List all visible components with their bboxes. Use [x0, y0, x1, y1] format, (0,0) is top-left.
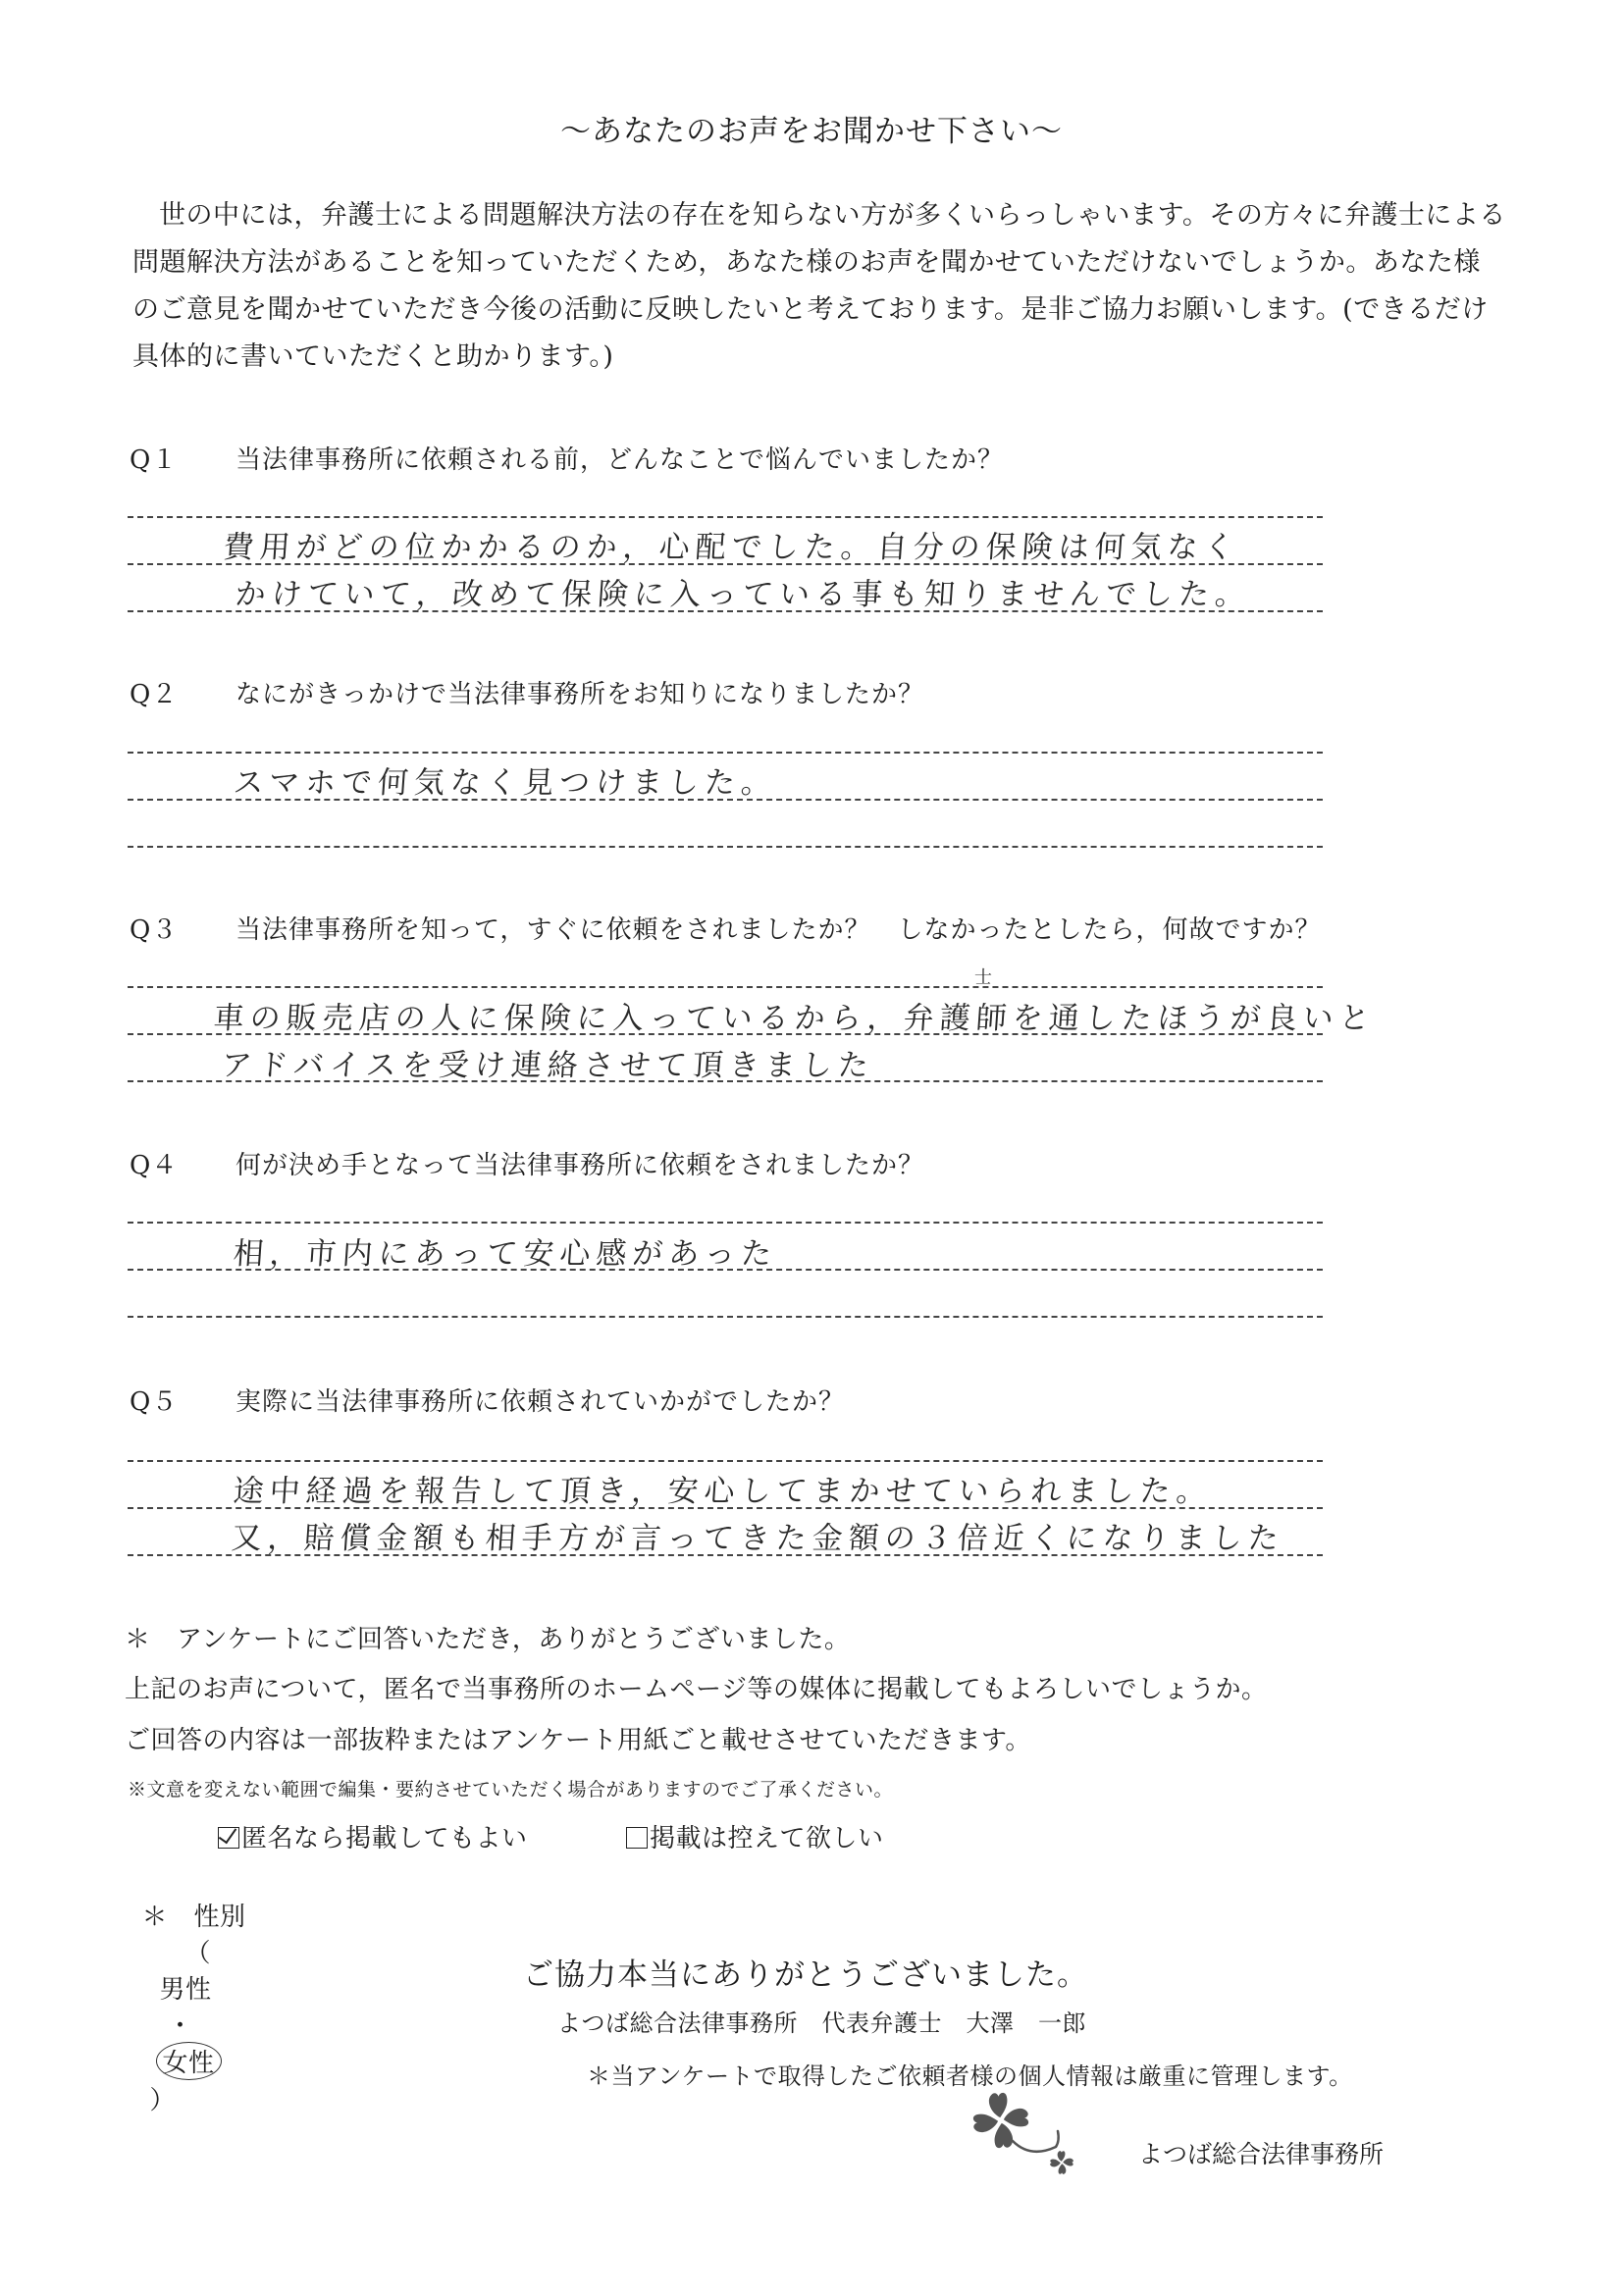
consent-anonymous-label: 匿名なら掲載してもよい: [241, 1824, 528, 1853]
answer-line: [128, 986, 1323, 988]
question-number: Q２: [130, 674, 236, 710]
question-text: 何が決め手となって当法律事務所に依頼をされましたか？: [236, 1151, 924, 1180]
survey-title: ～あなたのお声をお聞かせ下さい～: [0, 106, 1623, 150]
question-text: 実際に当法律事務所に依頼されていかがでしたか？: [236, 1387, 845, 1417]
question-2: Q２なにがきっかけで当法律事務所をお知りになりましたか？: [130, 674, 924, 710]
answer-line: [128, 1460, 1323, 1462]
question-number: Q１: [130, 440, 236, 476]
four-leaf-clover-icon: [962, 2084, 1099, 2182]
question-text: 当法律事務所に依頼される前，どんなことで悩んでいましたか？: [236, 445, 1004, 475]
closing-thanks: ご協力本当にありがとうございました。: [523, 1950, 1088, 1994]
thanks-note: ＊ アンケートにご回答いただき，ありがとうございました。: [125, 1619, 850, 1655]
checkbox-empty-icon[interactable]: [626, 1827, 648, 1849]
question-number: Q４: [130, 1145, 236, 1181]
answer-line: [128, 1316, 1323, 1318]
close-paren: ）: [150, 2086, 177, 2115]
answer-line: [128, 752, 1323, 754]
gender-separator: ・: [168, 2011, 194, 2041]
gender-male[interactable]: 男性: [160, 1975, 212, 2005]
consent-decline[interactable]: 掲載は控えて欲しい: [626, 1818, 884, 1854]
publish-question: 上記のお声について，匿名で当事務所のホームページ等の媒体に掲載してもよろしいでし…: [125, 1669, 1267, 1705]
edit-note: ※文意を変えない範囲で編集・要約させていただく場合がありますのでご了承ください。: [128, 1775, 893, 1801]
checkbox-checked-icon[interactable]: [218, 1827, 239, 1849]
question-5: Q５実際に当法律事務所に依頼されていかがでしたか？: [130, 1382, 845, 1418]
open-paren: （: [185, 1939, 212, 1968]
question-number: Q３: [130, 910, 236, 946]
gender-row: ＊ 性別 （ 男性 ・ 女性 ）: [125, 1867, 246, 2116]
answer-line: [128, 846, 1323, 848]
handwritten-answer: スマホで何気なく見つけました。: [232, 757, 779, 802]
gender-female-selected[interactable]: 女性: [156, 2042, 222, 2080]
handwritten-answer: 途中経過を報告して頂き，安心してまかせていられました。: [232, 1466, 1214, 1510]
signature: よつば総合法律事務所 代表弁護士 大澤 一郎: [557, 2004, 1086, 2038]
gender-label: ＊ 性別: [142, 1903, 246, 1932]
question-text: 当法律事務所を知って，すぐに依頼をされましたか？ しなかったとしたら，何故ですか…: [236, 915, 1321, 945]
answer-line: [128, 516, 1323, 518]
handwritten-answer: 相，市内にあって安心感があった: [232, 1228, 779, 1273]
question-text: なにがきっかけで当法律事務所をお知りになりましたか？: [236, 680, 924, 709]
question-number: Q５: [130, 1382, 236, 1418]
handwritten-answer: 費用がどの位かかるのか，心配でした。自分の保険は何気なく: [222, 522, 1241, 566]
handwritten-answer: 又，賠償金額も相手方が言ってきた金額の３倍近くになりました: [230, 1513, 1285, 1557]
consent-decline-label: 掲載は控えて欲しい: [650, 1824, 884, 1853]
question-3: Q３当法律事務所を知って，すぐに依頼をされましたか？ しなかったとしたら，何故で…: [130, 910, 1321, 946]
question-1: Q１当法律事務所に依頼される前，どんなことで悩んでいましたか？: [130, 440, 1004, 476]
publish-scope: ご回答の内容は一部抜粋またはアンケート用紙ごと載せさせていただきます。: [125, 1720, 1031, 1756]
handwritten-answer: アドバイスを受け連絡させて頂きました: [220, 1040, 875, 1084]
intro-paragraph: 世の中には，弁護士による問題解決方法の存在を知らない方が多くいらっしゃいます。そ…: [132, 192, 1506, 381]
handwritten-correction: 士: [974, 964, 992, 989]
answer-line: [128, 1222, 1323, 1224]
consent-anonymous[interactable]: 匿名なら掲載してもよい: [218, 1818, 528, 1854]
question-4: Q４何が決め手となって当法律事務所に依頼をされましたか？: [130, 1145, 924, 1181]
office-name: よつば総合法律事務所: [1138, 2135, 1384, 2170]
handwritten-answer: かけていて，改めて保険に入っている事も知りませんでした。: [234, 569, 1253, 613]
handwritten-answer: 車の販売店の人に保険に入っているから，弁護師を通したほうが良いと: [212, 993, 1377, 1037]
